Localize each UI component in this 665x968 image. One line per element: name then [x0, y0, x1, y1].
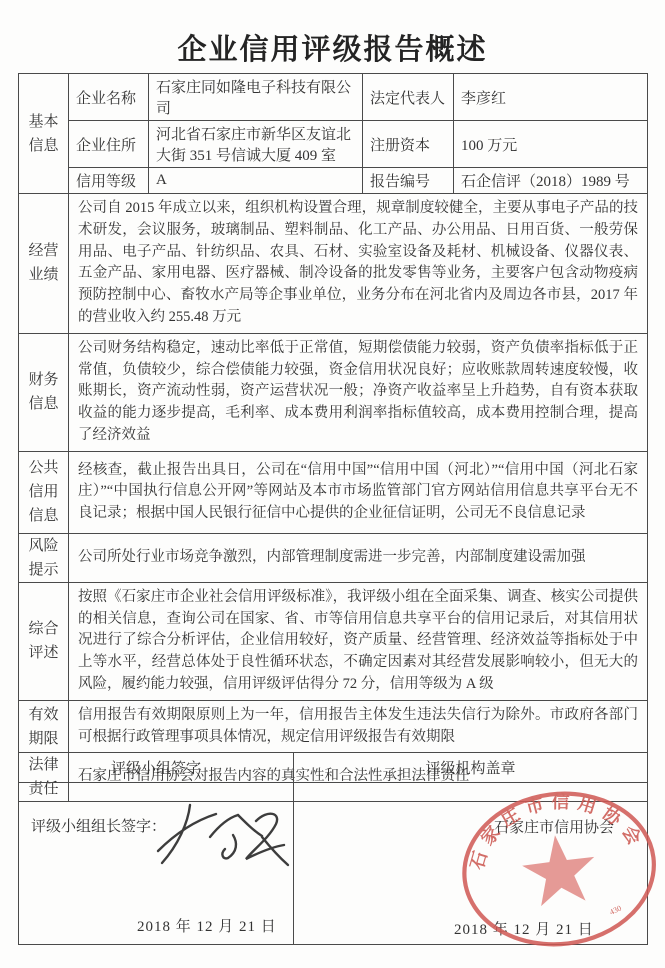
table-row: 财务信息 公司财务结构稳定，速动比率低于正常值，短期偿债能力较弱，资产负债率指标… — [19, 333, 648, 451]
table-row: 评级小组组长签字： 2018 年 12 月 21 日 石家庄市信用协会 — [19, 783, 648, 945]
field-value-legal-representative: 李彦红 — [454, 74, 648, 121]
field-value-company-address: 河北省石家庄市新华区友谊北大街 351 号信诚大厦 409 室 — [149, 121, 363, 168]
seal-star-icon — [519, 831, 599, 908]
table-row: 综合评述 按照《石家庄市企业社会信用评级标准》，我评级小组在全面采集、调查、核实… — [19, 582, 648, 700]
section-label-basic-info: 基本信息 — [19, 74, 69, 194]
header-rating-team-signature: 评级小组签字 — [19, 753, 294, 783]
section-text-public-credit-info: 经核查，截止报告出具日，公司在“信用中国”“信用中国（河北）”“信用中国（河北石… — [69, 451, 648, 533]
table-row: 有效期限 信用报告有效期限原则上为一年，信用报告主体发生违法失信行为除外。市政府… — [19, 700, 648, 753]
section-text-business-performance: 公司自 2015 年成立以来，组织机构设置合理，规章制度较健全，主要从事电子产品… — [69, 194, 648, 334]
section-text-comprehensive-review: 按照《石家庄市企业社会信用评级标准》，我评级小组在全面采集、调查、核实公司提供的… — [69, 582, 648, 700]
seal-code-text: 430 — [608, 904, 623, 917]
field-label-credit-grade: 信用等级 — [69, 168, 149, 194]
section-label-comprehensive-review: 综合评述 — [19, 582, 69, 700]
field-label-legal-representative: 法定代表人 — [363, 74, 454, 121]
report-page: 企业信用评级报告概述 基本信息 企业名称 石家庄同如隆电子科技有限公司 法定代表… — [0, 0, 665, 968]
section-label-financial-info: 财务信息 — [19, 333, 69, 451]
agency-seal-cell: 石家庄市信用协会 2018 年 12 月 21 日 石家庄市信用协会 430 — [294, 783, 648, 945]
section-text-validity-period: 信用报告有效期限原则上为一年，信用报告主体发生违法失信行为除外。市政府各部门可根… — [69, 700, 648, 753]
team-signature-date: 2018 年 12 月 21 日 — [137, 915, 277, 936]
section-text-financial-info: 公司财务结构稳定，速动比率低于正常值，短期偿债能力较弱，资产负债率指标低于正常值… — [69, 333, 648, 451]
table-row: 公共信用信息 经核查，截止报告出具日，公司在“信用中国”“信用中国（河北）”“信… — [19, 451, 648, 533]
table-row: 信用等级 A 报告编号 石企信评（2018）1989 号 — [19, 168, 648, 194]
section-label-risk-warning: 风险提示 — [19, 533, 69, 582]
table-row: 风险提示 公司所处行业市场竞争激烈，内部管理制度需进一步完善，内部制度建设需加强 — [19, 533, 648, 582]
red-agency-seal: 石家庄市信用协会 430 — [450, 777, 665, 958]
team-leader-sign-label: 评级小组组长签字： — [31, 815, 166, 836]
table-row: 评级小组签字 评级机构盖章 — [19, 753, 648, 783]
table-row: 企业住所 河北省石家庄市新华区友谊北大街 351 号信诚大厦 409 室 注册资… — [19, 121, 648, 168]
section-label-validity-period: 有效期限 — [19, 700, 69, 753]
team-signature-cell: 评级小组组长签字： 2018 年 12 月 21 日 — [19, 783, 294, 945]
field-value-registered-capital: 100 万元 — [454, 121, 648, 168]
handwritten-signature — [154, 801, 292, 879]
field-value-report-number: 石企信评（2018）1989 号 — [454, 168, 648, 194]
signature-table: 评级小组签字 评级机构盖章 评级小组组长签字： 2018 年 — [18, 752, 648, 945]
table-row: 基本信息 企业名称 石家庄同如隆电子科技有限公司 法定代表人 李彦红 — [19, 74, 648, 121]
section-text-risk-warning: 公司所处行业市场竞争激烈，内部管理制度需进一步完善，内部制度建设需加强 — [69, 533, 648, 582]
field-label-registered-capital: 注册资本 — [363, 121, 454, 168]
field-label-report-number: 报告编号 — [363, 168, 454, 194]
section-label-public-credit-info: 公共信用信息 — [19, 451, 69, 533]
field-value-credit-grade: A — [149, 168, 363, 194]
page-title: 企业信用评级报告概述 — [0, 27, 665, 68]
field-label-company-name: 企业名称 — [69, 74, 149, 121]
table-row: 经营业绩 公司自 2015 年成立以来，组织机构设置合理，规章制度较健全，主要从… — [19, 194, 648, 334]
field-value-company-name: 石家庄同如隆电子科技有限公司 — [149, 74, 363, 121]
header-rating-agency-seal: 评级机构盖章 — [294, 753, 648, 783]
field-label-company-address: 企业住所 — [69, 121, 149, 168]
section-label-business-performance: 经营业绩 — [19, 194, 69, 334]
report-table: 基本信息 企业名称 石家庄同如隆电子科技有限公司 法定代表人 李彦红 企业住所 … — [18, 73, 648, 802]
